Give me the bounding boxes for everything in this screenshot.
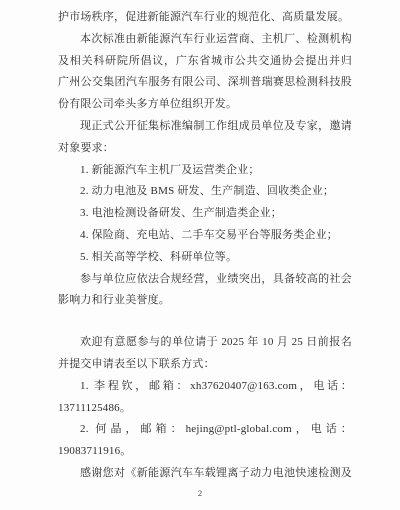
paragraph-thanks-line-1: 感谢您对《新能源汽车车载锂离子动力电池快速检测及 <box>58 463 352 485</box>
paragraph-initiators-line-2: 及相关科研院所倡议，广东省城市公共交通协会提出并归口， <box>58 51 352 73</box>
page-number: 2 <box>0 488 400 498</box>
document-body: 护市场秩序，促进新能源汽车行业的规范化、高质量发展。 本次标准由新能源汽车行业运… <box>58 7 352 485</box>
paragraph-initiators-line-4: 份有限公司牵头多方单位组织开发。 <box>58 94 352 116</box>
paragraph-qualification-line-2: 影响力和行业美誉度。 <box>58 290 352 312</box>
list-item-3: 3. 电池检测设备研发、生产制造类企业； <box>58 203 352 225</box>
paragraph-initiators-line-3: 广州公交集团汽车服务有限公司、深圳普瑞赛思检测科技股 <box>58 72 352 94</box>
list-item-4: 4. 保险商、充电站、二手车交易平台等服务类企业； <box>58 225 352 247</box>
text-line-continued: 护市场秩序，促进新能源汽车行业的规范化、高质量发展。 <box>58 7 352 29</box>
contact-item-1-line-1: 1. 李程钦，邮箱：xh37620407@163.com，电话： <box>58 376 352 398</box>
paragraph-deadline-line-1: 欢迎有意愿参与的单位请于 2025 年 10 月 25 日前报名 <box>58 332 352 354</box>
contact-item-1-line-2: 13711125486。 <box>58 398 352 420</box>
contact-item-2-line-2: 19083711916。 <box>58 441 352 463</box>
document-page: 护市场秩序，促进新能源汽车行业的规范化、高质量发展。 本次标准由新能源汽车行业运… <box>0 0 400 510</box>
paragraph-initiators-line-1: 本次标准由新能源汽车行业运营商、主机厂、检测机构 <box>58 29 352 51</box>
paragraph-recruitment-line-1: 现正式公开征集标准编制工作组成员单位及专家，邀请 <box>58 116 352 138</box>
contact-item-2-line-1: 2. 何晶，邮箱：hejing@ptl-global.com，电话： <box>58 419 352 441</box>
list-item-2: 2. 动力电池及 BMS 研发、生产制造、回收类企业； <box>58 181 352 203</box>
list-item-5: 5. 相关高等学校、科研单位等。 <box>58 247 352 269</box>
paragraph-recruitment-line-2: 对象要求： <box>58 138 352 160</box>
paragraph-qualification-line-1: 参与单位应依法合规经营，业绩突出，具备较高的社会 <box>58 269 352 291</box>
list-item-1: 1. 新能源汽车主机厂及运营类企业； <box>58 160 352 182</box>
paragraph-deadline-line-2: 并提交申请表至以下联系方式： <box>58 354 352 376</box>
paragraph-spacer <box>58 312 352 332</box>
